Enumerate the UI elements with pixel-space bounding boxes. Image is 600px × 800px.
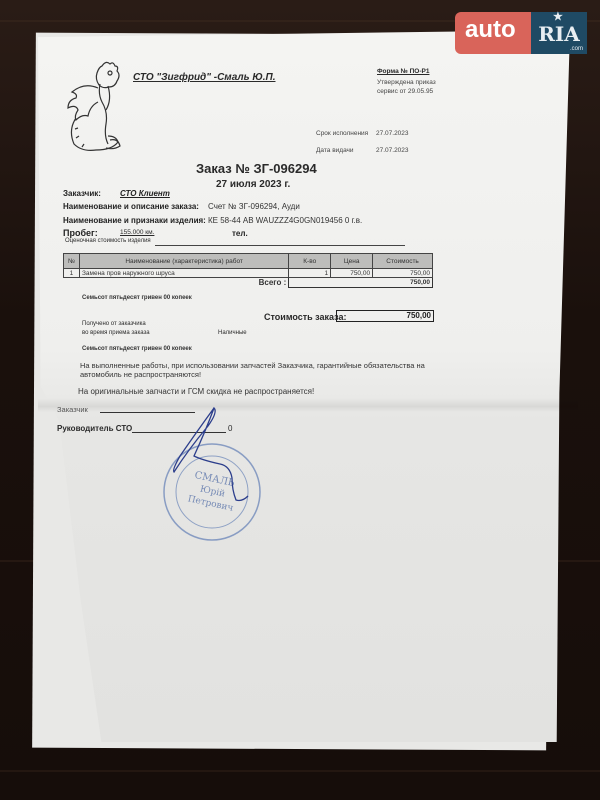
total-value: 750,00 (289, 278, 433, 288)
col-header-name: Наименование (характеристика) работ (79, 254, 288, 269)
warranty-note-line-1: На выполненные работы, при использовании… (80, 361, 425, 370)
order-cost-label: Стоимость заказа: (264, 312, 347, 322)
received-line-1: Получено от заказчика (82, 321, 146, 327)
col-header-price: Цена (331, 254, 373, 269)
stamp-and-signature-icon: СМАЛЬ Юрій Петрович (158, 400, 278, 550)
table-row: 1 Замена пров наружного шруса 1 750,00 7… (64, 269, 433, 278)
row-cost: 750,00 (373, 269, 433, 278)
head-signature-label: Руководитель СТО (57, 424, 132, 433)
deadline-label: Срок исполнения (316, 130, 368, 137)
estimate-line (155, 245, 405, 246)
phone-label: тел. (232, 229, 248, 238)
customer-signature-label: Заказчик (57, 405, 88, 414)
total-label: Всего : (64, 278, 289, 288)
row-name: Замена пров наружного шруса (79, 269, 288, 278)
watermark-ria: ★ RIA .com (531, 12, 587, 54)
amount-in-words-2: Семьсот пятьдесят гривен 00 копеек (82, 346, 192, 352)
received-line-2: во время приема заказа (82, 330, 150, 336)
approved-line-1: Утверждена приказ (377, 79, 436, 86)
estimate-label: Оценочная стоимость изделия (65, 238, 151, 244)
svg-text:Петрович: Петрович (187, 494, 234, 513)
order-title: Заказ № ЗГ-096294 (196, 161, 317, 176)
item-value: КЕ 58-44 АВ WAUZZZ4G0GN019456 0 г.в. (208, 216, 362, 225)
order-date: 27 июля 2023 г. (216, 179, 290, 190)
row-no: 1 (64, 269, 80, 278)
row-qty: 1 (289, 269, 331, 278)
warranty-note-line-2: автомобиль не распространяются! (80, 370, 201, 379)
description-label: Наименование и описание заказа: (63, 202, 199, 211)
col-header-qty: К-во (289, 254, 331, 269)
description-value: Счет № ЗГ-096294, Ауди (208, 202, 300, 211)
issue-date-value: 27.07.2023 (376, 147, 409, 154)
customer-label: Заказчик: (63, 189, 101, 198)
amount-in-words-1: Семьсот пятьдесят гривен 00 копеек (82, 295, 192, 301)
col-header-no: № (64, 254, 80, 269)
dragon-logo-icon (64, 58, 132, 154)
star-icon: ★ (553, 10, 563, 23)
total-row: Всего : 750,00 (64, 278, 433, 288)
discount-note: На оригинальные запчасти и ГСМ скидка не… (78, 387, 314, 396)
order-cost-value: 750,00 (336, 310, 434, 322)
watermark-auto: auto (455, 12, 531, 54)
mileage-label: Пробег: (63, 228, 98, 238)
form-number: Форма № ПО-Р1 (377, 68, 429, 75)
company-name: СТО "Зигфрид" -Смаль Ю.П. (133, 72, 276, 83)
paper-fold (38, 398, 578, 412)
works-table: № Наименование (характеристика) работ К-… (63, 253, 433, 288)
item-label: Наименование и признаки изделия: (63, 216, 206, 225)
row-price: 750,00 (331, 269, 373, 278)
approved-line-2: сервис от 29.05.95 (377, 88, 433, 95)
issue-date-label: Дата видачи (316, 147, 354, 154)
col-header-cost: Стоимость (373, 254, 433, 269)
customer-value: СТО Клиент (120, 189, 170, 198)
mileage-value: 155.000 км. (120, 229, 154, 236)
autoria-watermark-logo: auto ★ RIA .com (455, 12, 587, 54)
payment-method: Наличные (218, 330, 247, 336)
deadline-value: 27.07.2023 (376, 130, 409, 137)
